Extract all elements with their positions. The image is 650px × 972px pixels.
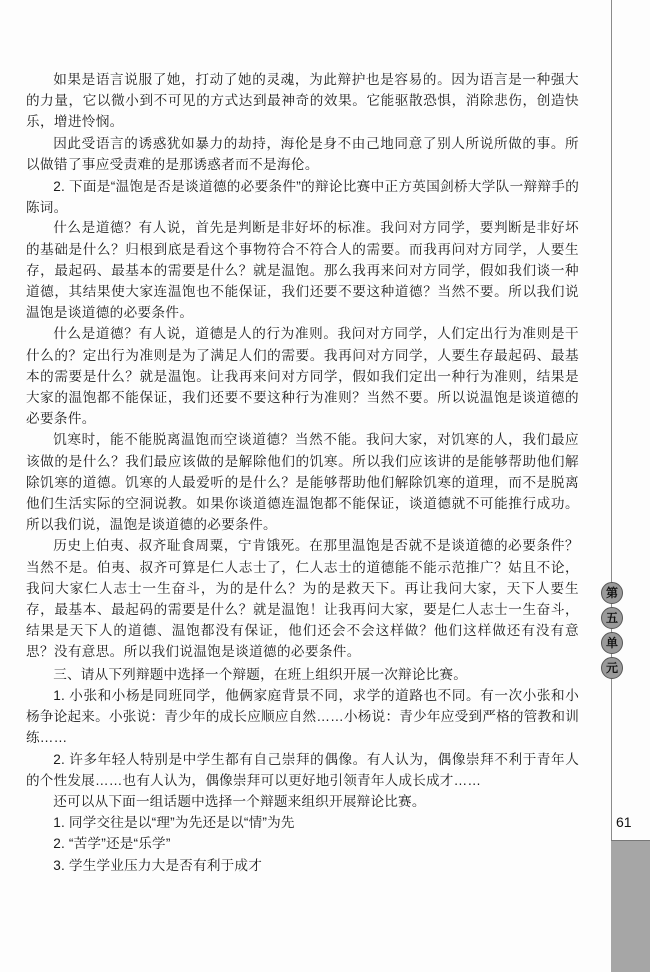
paragraph-boyi-shuqi: 历史上伯夷、叔齐耻食周粟，宁肯饿死。在那里温饱是否就不是谈道德的必要条件？当然不… (26, 536, 579, 663)
unit-badge-char: 第 (601, 582, 623, 604)
extra-topics-intro: 还可以从下面一组话题中选择一个辩题来组织开展辩论比赛。 (26, 791, 579, 812)
paragraph-debate-intro: 2. 下面是“温饱是否是谈道德的必要条件”的辩论比赛中正方英国剑桥大学队一辩辩手… (26, 176, 579, 218)
paragraph-morality-conduct: 什么是道德？有人说，道德是人的行为准则。我问对方同学，人们定出行为准则是干什么的… (26, 324, 579, 430)
debate-topic-2: 2. 许多年轻人特别是中学生都有自己崇拜的偶像。有人认为，偶像崇拜不利于青年人的… (26, 749, 579, 791)
paragraph-helen-language: 如果是语言说服了她，打动了她的灵魂，为此辩护也是容易的。因为语言是一种强大的力量… (26, 70, 579, 134)
unit-badge-char: 单 (601, 632, 623, 654)
paragraph-hunger: 饥寒时，能不能脱离温饱而空谈道德？当然不能。我问大家，对饥寒的人，我们最应该做的… (26, 430, 579, 536)
unit-badge-char: 元 (601, 657, 623, 679)
section-three-heading: 三、请从下列辩题中选择一个辩题，在班上组织开展一次辩论比赛。 (26, 664, 579, 685)
margin-rule (611, 0, 612, 840)
topic-item-2: 2. “苦学”还是“乐学” (26, 833, 579, 854)
textbook-page: 如果是语言说服了她，打动了她的灵魂，为此辩护也是容易的。因为语言是一种强大的力量… (0, 0, 650, 972)
topic-item-1: 1. 同学交往是以“理”为先还是以“情”为先 (26, 812, 579, 833)
paragraph-morality-standard: 什么是道德？有人说，首先是判断是非好坏的标准。我问对方同学，要判断是非好坏的基础… (26, 218, 579, 324)
paragraph-helen-conclusion: 因此受语言的诱惑犹如暴力的劫持，海伦是身不由己地同意了别人所说所做的事。所以做错… (26, 134, 579, 176)
debate-topic-1: 1. 小张和小杨是同班同学，他俩家庭背景不同，求学的道路也不同。有一次小张和小杨… (26, 685, 579, 749)
unit-label: 第 五 单 元 (601, 582, 623, 682)
topic-item-3: 3. 学生学业压力大是否有利于成才 (26, 855, 579, 876)
body-text: 如果是语言说服了她，打动了她的灵魂，为此辩护也是容易的。因为语言是一种强大的力量… (26, 70, 579, 876)
edge-tab (611, 840, 650, 972)
unit-badge-char: 五 (601, 607, 623, 629)
page-number: 61 (616, 814, 632, 830)
